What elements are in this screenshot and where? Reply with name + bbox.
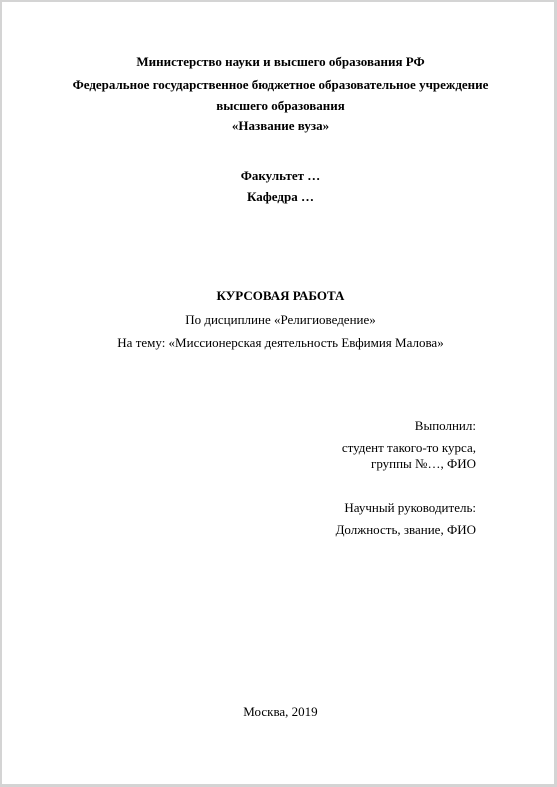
university-name: «Название вуза» [2,118,557,134]
discipline: По дисциплине «Религиоведение» [2,312,557,328]
city-year: Москва, 2019 [2,704,557,720]
institution-line-1: Федеральное государственное бюджетное об… [2,77,557,93]
student-info-line-2: группы №…, ФИО [371,456,476,472]
performed-by-label: Выполнил: [415,418,476,434]
supervisor-details: Должность, звание, ФИО [336,522,476,538]
chair: Кафедра … [2,189,557,205]
work-type-title: КУРСОВАЯ РАБОТА [2,288,557,304]
student-info-line-1: студент такого-то курса, [342,440,476,456]
supervisor-label: Научный руководитель: [344,500,476,516]
ministry-heading: Министерство науки и высшего образования… [2,54,557,70]
document-page: Министерство науки и высшего образования… [0,0,557,787]
institution-line-2: высшего образования [2,98,557,114]
topic: На тему: «Миссионерская деятельность Евф… [2,335,557,351]
faculty: Факультет … [2,168,557,184]
